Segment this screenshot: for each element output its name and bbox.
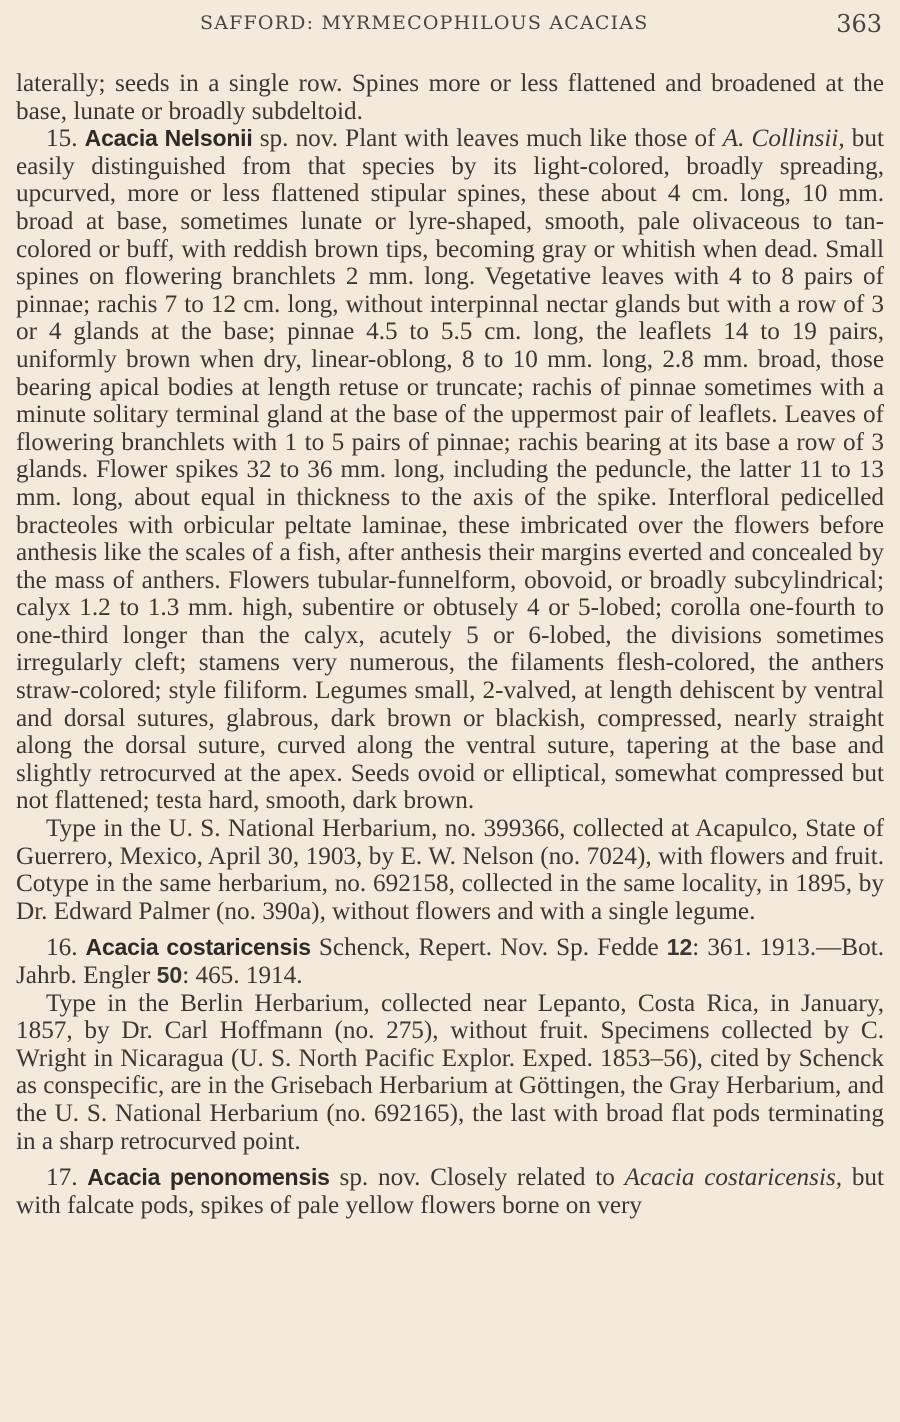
type-specimen-15: Type in the U. S. National Herbarium, no… — [16, 815, 884, 925]
running-title: SAFFORD: MYRMECOPHILOUS ACACIAS — [200, 12, 648, 34]
species-name: Acacia penonomensis — [87, 1164, 330, 1190]
volume-number: 12 — [667, 934, 693, 960]
species-name: Acacia costaricensis — [86, 934, 311, 960]
page-number: 363 — [836, 10, 882, 38]
paragraph-text: laterally; seeds in a single row. Spines… — [16, 70, 884, 125]
paragraph-continuation: laterally; seeds in a single row. Spines… — [16, 70, 884, 125]
entry-number: 16. — [46, 934, 77, 961]
species-status: sp. nov. — [330, 1164, 421, 1191]
volume-number: 50 — [157, 962, 183, 988]
related-species: Acacia costaricensis, — [625, 1164, 843, 1191]
entry-number: 15. — [46, 125, 77, 152]
body-text: laterally; seeds in a single row. Spines… — [16, 70, 884, 1219]
running-head: SAFFORD: MYRMECOPHILOUS ACACIAS 363 — [0, 10, 900, 40]
description-text: but easily distinguished from that speci… — [16, 125, 884, 814]
paragraph-text: Type in the U. S. National Herbarium, no… — [16, 815, 884, 925]
species-entry-15: 15. Acacia Nelsonii sp. nov. Plant with … — [16, 125, 884, 815]
document-page: SAFFORD: MYRMECOPHILOUS ACACIAS 363 late… — [0, 0, 900, 1422]
species-name: Acacia Nelsonii — [85, 125, 253, 151]
species-entry-16: 16. Acacia costaricensis Schenck, Repert… — [16, 934, 884, 989]
related-species: A. Collinsii, — [723, 125, 845, 152]
description-lead: Closely related to — [420, 1164, 624, 1191]
description-lead: Plant with leaves much like those of — [338, 125, 723, 152]
citation-text: : 465. 1914. — [182, 962, 302, 989]
species-status: sp. nov. — [253, 125, 338, 152]
citation-text: Schenck, Repert. Nov. Sp. Fedde — [311, 934, 667, 961]
type-specimen-16: Type in the Berlin Herbarium, collected … — [16, 990, 884, 1156]
species-entry-17: 17. Acacia penonomensis sp. nov. Closely… — [16, 1164, 884, 1219]
entry-number: 17. — [46, 1164, 77, 1191]
paragraph-text: Type in the Berlin Herbarium, collected … — [16, 990, 884, 1155]
